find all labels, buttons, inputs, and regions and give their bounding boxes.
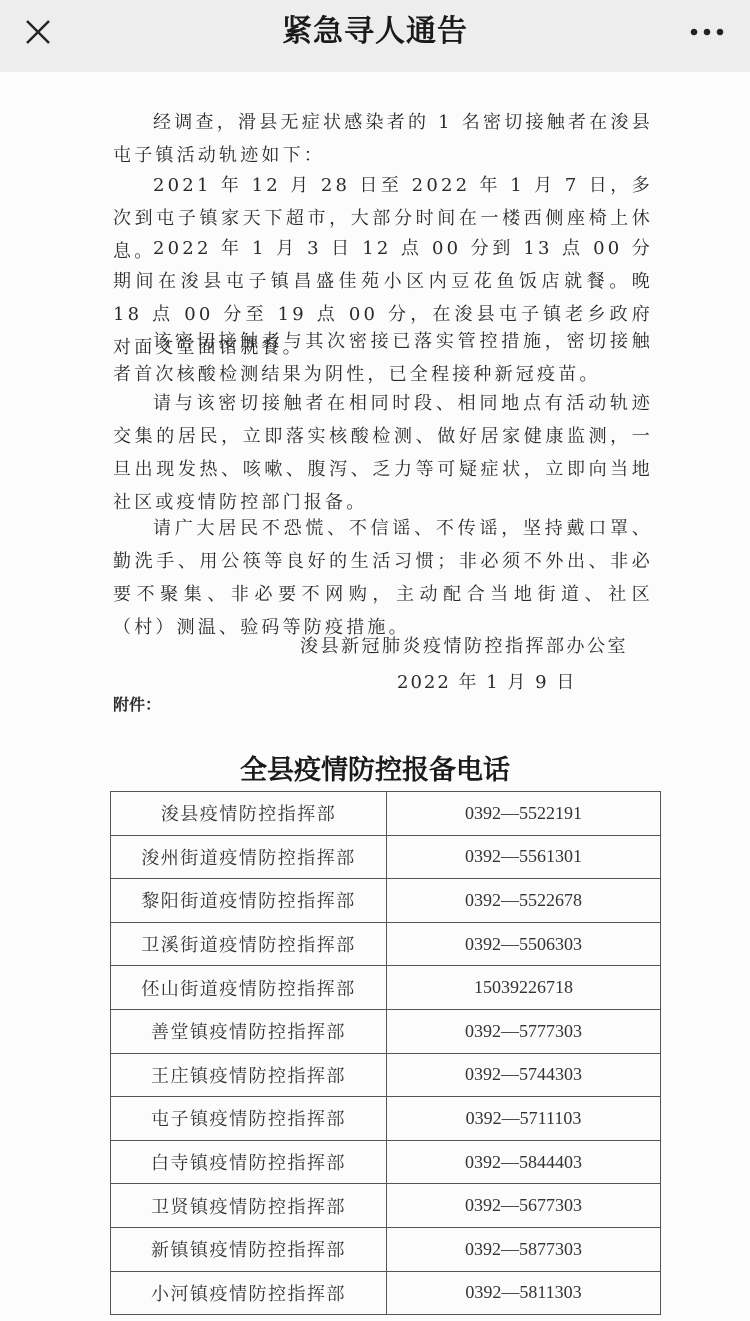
table-row: 卫溪街道疫情防控指挥部0392—5506303: [111, 922, 661, 966]
department-name: 黎阳街道疫情防控指挥部: [111, 879, 387, 923]
phone-number: 0392—5522191: [387, 792, 661, 836]
phone-number: 15039226718: [387, 966, 661, 1010]
table-row: 白寺镇疫情防控指挥部0392—5844403: [111, 1140, 661, 1184]
phone-number: 0392—5844403: [387, 1140, 661, 1184]
notice-document: 经调查，滑县无症状感染者的 1 名密切接触者在浚县屯子镇活动轨迹如下： 2021…: [0, 72, 750, 1321]
phone-number: 0392—5744303: [387, 1053, 661, 1097]
phone-number: 0392—5522678: [387, 879, 661, 923]
table-row: 浚州街道疫情防控指挥部0392—5561301: [111, 835, 661, 879]
table-row: 善堂镇疫情防控指挥部0392—5777303: [111, 1009, 661, 1053]
table-row: 新镇镇疫情防控指挥部0392—5877303: [111, 1227, 661, 1271]
department-name: 善堂镇疫情防控指挥部: [111, 1009, 387, 1053]
notice-paragraph: 请与该密切接触者在相同时段、相同地点有活动轨迹交集的居民，立即落实核酸检测、做好…: [113, 387, 653, 519]
close-icon: [23, 17, 53, 47]
phone-number: 0392—5506303: [387, 922, 661, 966]
table-row: 屯子镇疫情防控指挥部0392—5711103: [111, 1097, 661, 1141]
department-name: 浚州街道疫情防控指挥部: [111, 835, 387, 879]
department-name: 新镇镇疫情防控指挥部: [111, 1227, 387, 1271]
notice-paragraph: 该密切接触者与其次密接已落实管控措施，密切接触者首次核酸检测结果为阴性，已全程接…: [113, 325, 653, 391]
more-icon: [689, 27, 725, 37]
department-name: 小河镇疫情防控指挥部: [111, 1271, 387, 1315]
phone-number: 0392—5711103: [387, 1097, 661, 1141]
page-title: 紧急寻人通告: [282, 6, 468, 50]
close-button[interactable]: [18, 12, 58, 52]
table-row: 黎阳街道疫情防控指挥部0392—5522678: [111, 879, 661, 923]
phone-number: 0392—5777303: [387, 1009, 661, 1053]
notice-paragraph: 经调查，滑县无症状感染者的 1 名密切接触者在浚县屯子镇活动轨迹如下：: [113, 106, 653, 172]
phone-number: 0392—5877303: [387, 1227, 661, 1271]
department-name: 浚县疫情防控指挥部: [111, 792, 387, 836]
attachment-label: 附件：: [113, 692, 161, 715]
issuer-signature: 浚县新冠肺炎疫情防控指挥部办公室: [300, 632, 628, 658]
notice-paragraph: 请广大居民不恐慌、不信谣、不传谣，坚持戴口罩、勤洗手、用公筷等良好的生活习惯；非…: [113, 512, 653, 644]
department-name: 白寺镇疫情防控指挥部: [111, 1140, 387, 1184]
department-name: 卫贤镇疫情防控指挥部: [111, 1184, 387, 1228]
table-row: 小河镇疫情防控指挥部0392—5811303: [111, 1271, 661, 1315]
table-row: 浚县疫情防控指挥部0392—5522191: [111, 792, 661, 836]
table-row: 卫贤镇疫情防控指挥部0392—5677303: [111, 1184, 661, 1228]
phone-number: 0392—5811303: [387, 1271, 661, 1315]
table-row: 伾山街道疫情防控指挥部15039226718: [111, 966, 661, 1010]
department-name: 王庄镇疫情防控指挥部: [111, 1053, 387, 1097]
phone-number: 0392—5561301: [387, 835, 661, 879]
department-name: 卫溪街道疫情防控指挥部: [111, 922, 387, 966]
issue-date: 2022 年 1 月 9 日: [397, 668, 576, 694]
department-name: 伾山街道疫情防控指挥部: [111, 966, 387, 1010]
phone-table-title: 全县疫情防控报备电话: [0, 748, 750, 787]
phone-table: 浚县疫情防控指挥部0392—5522191 浚州街道疫情防控指挥部0392—55…: [110, 791, 661, 1315]
more-options-button[interactable]: [682, 12, 732, 52]
phone-number: 0392—5677303: [387, 1184, 661, 1228]
table-row: 王庄镇疫情防控指挥部0392—5744303: [111, 1053, 661, 1097]
top-navigation-bar: 紧急寻人通告: [0, 0, 750, 72]
department-name: 屯子镇疫情防控指挥部: [111, 1097, 387, 1141]
